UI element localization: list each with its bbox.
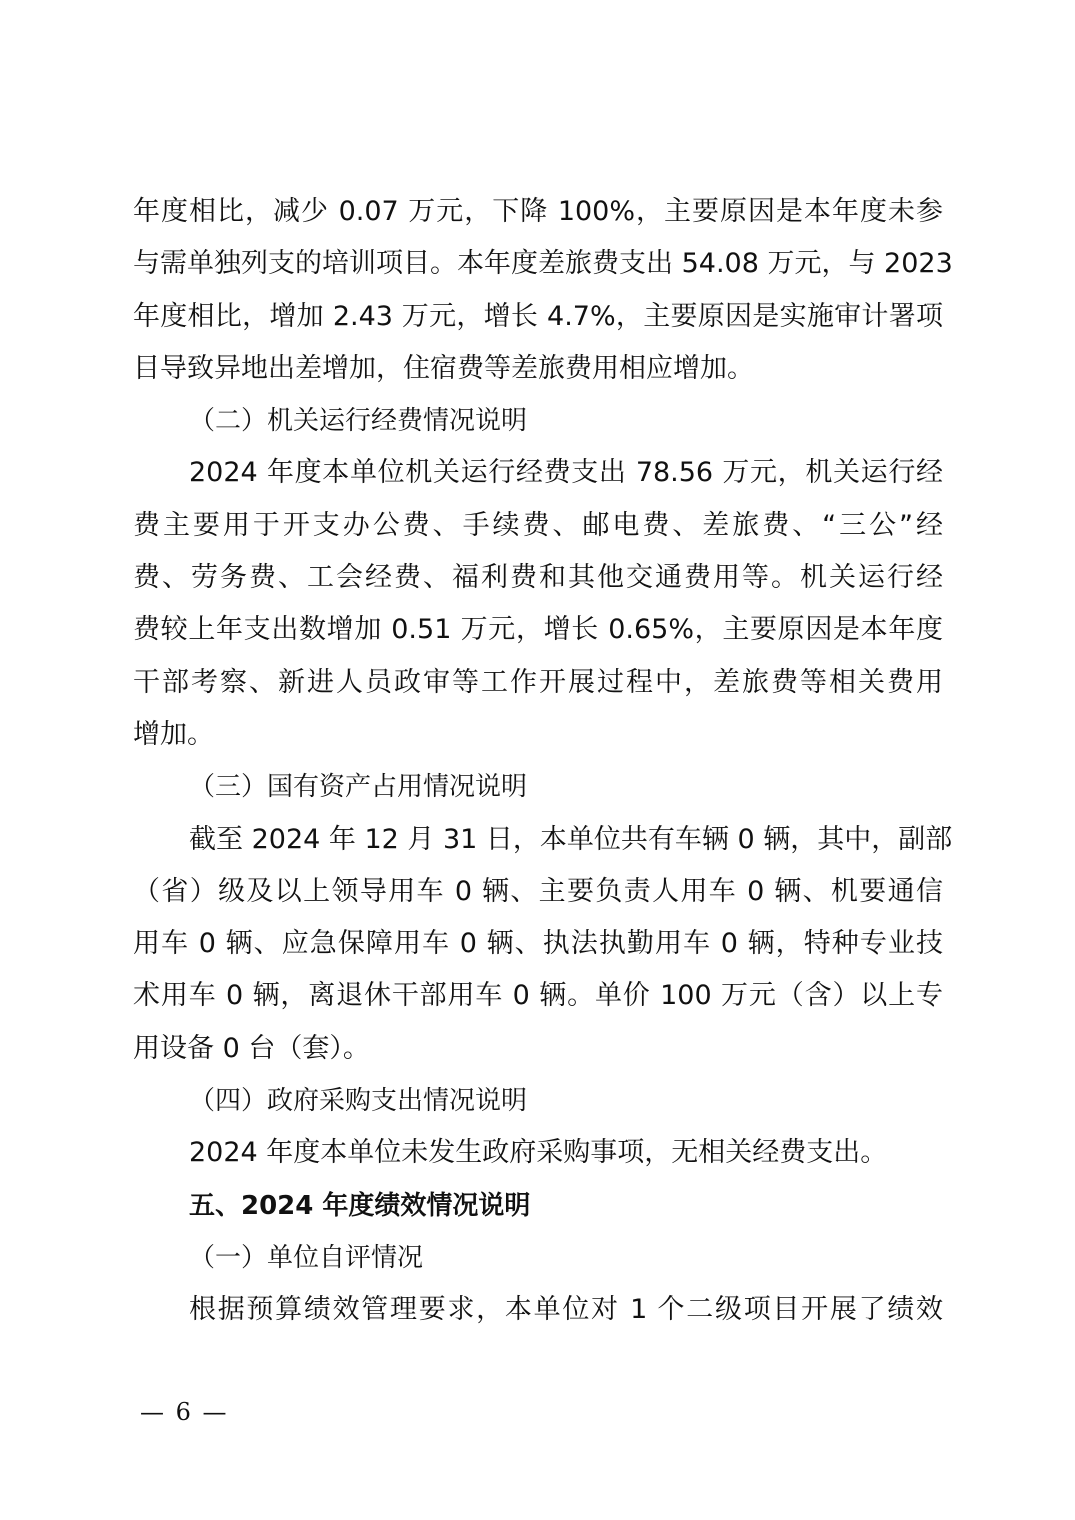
text-line: 2024 年度本单位机关运行经费支出 78.56 万元，机关运行经 (133, 447, 943, 499)
paragraph-self-evaluation: 根据预算绩效管理要求，本单位对 1 个二级项目开展了绩效 (133, 1284, 943, 1336)
text-line: 费、劳务费、工会经费、福利费和其他交通费用等。机关运行经 (133, 552, 943, 604)
text-line: 增加。 (133, 709, 943, 761)
text-line: 用设备 0 台（套）。 (133, 1023, 943, 1075)
paragraph-training-travel-expenses: 年度相比，减少 0.07 万元，下降 100%，主要原因是本年度未参 与需单独列… (133, 186, 943, 395)
heading-performance: 五、2024 年度绩效情况说明 (133, 1180, 943, 1232)
subheading-self-evaluation: （一）单位自评情况 (133, 1232, 943, 1284)
paragraph-state-assets: 截至 2024 年 12 月 31 日，本单位共有车辆 0 辆，其中，副部 （省… (133, 814, 943, 1075)
text-line: 截至 2024 年 12 月 31 日，本单位共有车辆 0 辆，其中，副部 (133, 814, 943, 866)
text-line: 干部考察、新进人员政审等工作开展过程中，差旅费等相关费用 (133, 657, 943, 709)
text-line: 2024 年度本单位未发生政府采购事项，无相关经费支出。 (133, 1127, 943, 1179)
text-line: 根据预算绩效管理要求，本单位对 1 个二级项目开展了绩效 (133, 1284, 943, 1336)
page-number: — 6 — (140, 1398, 229, 1426)
text-line: 年度相比，增加 2.43 万元，增长 4.7%，主要原因是实施审计署项 (133, 291, 943, 343)
document-page: 年度相比，减少 0.07 万元，下降 100%，主要原因是本年度未参 与需单独列… (133, 186, 943, 1337)
text-line: 年度相比，减少 0.07 万元，下降 100%，主要原因是本年度未参 (133, 186, 943, 238)
subheading-state-assets: （三）国有资产占用情况说明 (133, 761, 943, 813)
text-line: 用车 0 辆、应急保障用车 0 辆、执法执勤用车 0 辆，特种专业技 (133, 918, 943, 970)
text-line: （省）级及以上领导用车 0 辆、主要负责人用车 0 辆、机要通信 (133, 866, 943, 918)
text-line: 费主要用于开支办公费、手续费、邮电费、差旅费、“三公”经 (133, 500, 943, 552)
paragraph-government-procurement: 2024 年度本单位未发生政府采购事项，无相关经费支出。 (133, 1127, 943, 1179)
paragraph-operating-expenses: 2024 年度本单位机关运行经费支出 78.56 万元，机关运行经 费主要用于开… (133, 447, 943, 761)
text-line: 费较上年支出数增加 0.51 万元，增长 0.65%，主要原因是本年度 (133, 604, 943, 656)
text-line: 目导致异地出差增加，住宿费等差旅费用相应增加。 (133, 343, 943, 395)
subheading-government-procurement: （四）政府采购支出情况说明 (133, 1075, 943, 1127)
text-line: 术用车 0 辆，离退休干部用车 0 辆。单价 100 万元（含）以上专 (133, 970, 943, 1022)
text-line: 与需单独列支的培训项目。本年度差旅费支出 54.08 万元，与 2023 (133, 238, 943, 290)
subheading-operating-expenses: （二）机关运行经费情况说明 (133, 395, 943, 447)
